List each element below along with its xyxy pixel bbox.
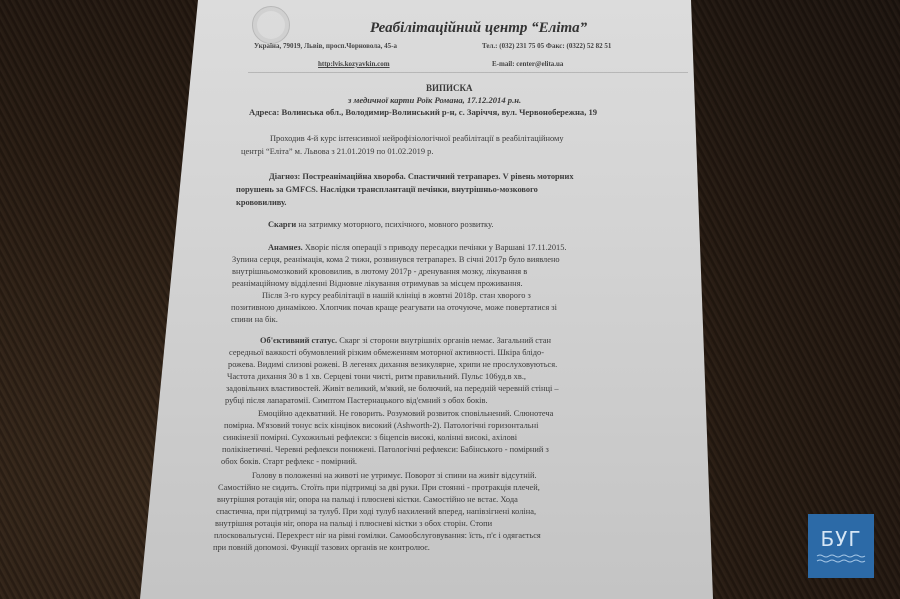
document-heading: ВИПИСКА	[426, 83, 473, 93]
neuro-line: Емоційно адекватний. Не говорить. Розумо…	[258, 409, 553, 418]
objective-status-label: Об'єктивний статус.	[260, 336, 337, 345]
diagnosis-line: порушень за GMFCS. Наслідки трансплантац…	[236, 185, 538, 194]
objective-status-line: рубці після лапаратомії. Симптом Пастерн…	[225, 396, 488, 405]
neuro-line: обох боків. Старт рефлекс - помірний.	[221, 457, 357, 466]
anamnesis-text: Хворіє після операції з приводу пересадк…	[305, 243, 567, 252]
clinic-email: E-mail: center@elita.ua	[492, 60, 563, 68]
motor-line: Самостійно не сидить. Стоїть при підтрим…	[218, 483, 540, 492]
objective-status-line: рожева. Видимі слизові рожеві. В легенях…	[228, 360, 557, 369]
clinic-website: http:lvis.kozyavkin.com	[318, 60, 390, 68]
diagnosis-line: Діагноз: Постреанімаційна хвороба. Спаст…	[269, 172, 574, 181]
anamnesis-line: Зупина серця, реанімація, кома 2 тижн, р…	[232, 255, 560, 264]
course-line: Проходив 4-й курс інтенсивної нейрофізіо…	[270, 134, 564, 143]
complaints-text: на затримку моторного, психічного, мовно…	[298, 220, 493, 229]
anamnesis-label: Анамнез.	[268, 243, 303, 252]
seal-icon	[252, 6, 290, 44]
course-line: центрі “Еліта” м. Львова з 21.01.2019 по…	[241, 147, 433, 156]
motor-line: спастична, при підтримці за тулуб. При х…	[216, 507, 536, 516]
neuro-line: синкінезії помірні. Сухожильні рефлекси:…	[223, 433, 517, 442]
clinic-title: Реабілітаційний центр “Еліта”	[370, 20, 587, 37]
neuro-line: помірна. М'язовий тонус всіх кінцівок ви…	[224, 421, 538, 430]
anamnesis-line: Після 3-го курсу реабілітації в нашій кл…	[262, 291, 531, 300]
patient-address: Адреса: Волинська обл., Володимир-Волинс…	[249, 107, 597, 117]
clinic-phone-fax: Тел.: (032) 231 75 05 Факс: (0322) 52 82…	[482, 42, 611, 50]
complaints-line: Скарги на затримку моторного, психічного…	[268, 220, 493, 229]
complaints-label: Скарги	[268, 220, 296, 229]
objective-status-text: Скарг зі сторони внутрішніх органів нема…	[339, 336, 551, 345]
anamnesis-line: реанімаційному відділенні Відновне лікув…	[232, 279, 523, 288]
motor-line: Голову в положенні на животі не утримує.…	[252, 471, 537, 480]
objective-status-line: задовільних властивостей. Живіт великий,…	[226, 384, 559, 393]
watermark-label: БУГ	[820, 527, 861, 551]
anamnesis-line: спини на бік.	[231, 315, 278, 324]
waves-icon	[816, 553, 866, 565]
neuro-line: полікінетичні. Черевні рефлекси понижені…	[222, 445, 549, 454]
diagnosis-text: Постреанімаційна хвороба. Спастичний тет…	[302, 172, 573, 181]
motor-line: внутрішня ротація ніг, опора на пальці і…	[215, 519, 492, 528]
diagnosis-label: Діагноз:	[269, 172, 300, 181]
diagnosis-line: крововиливу.	[236, 198, 286, 207]
document-subheading: з медичної карти Роїк Романа, 17.12.2014…	[348, 95, 521, 105]
motor-line: при повній допомозі. Функції тазових орг…	[213, 543, 430, 552]
objective-status-line: середньої важкості обумовлений різким об…	[229, 348, 544, 357]
header-divider	[248, 72, 688, 73]
motor-line: плосковальгусні. Перехрест ніг на рівні …	[214, 531, 541, 540]
watermark-logo: БУГ	[808, 514, 874, 578]
anamnesis-line: позитивною динамікою. Хлопчик почав кращ…	[231, 303, 557, 312]
motor-line: внутрішня ротація ніг, опора на пальці і…	[217, 495, 518, 504]
objective-status-line: Частота дихання 30 в 1 хв. Серцеві тони …	[227, 372, 526, 381]
objective-status-line: Об'єктивний статус. Скарг зі сторони вну…	[260, 336, 551, 345]
anamnesis-line: Анамнез. Хворіє після операції з приводу…	[268, 243, 567, 252]
anamnesis-line: внутрішньомозковий крововилив, в лютому …	[232, 267, 527, 276]
clinic-address: Україна, 79019, Львів, просп.Чорновола, …	[254, 42, 397, 50]
